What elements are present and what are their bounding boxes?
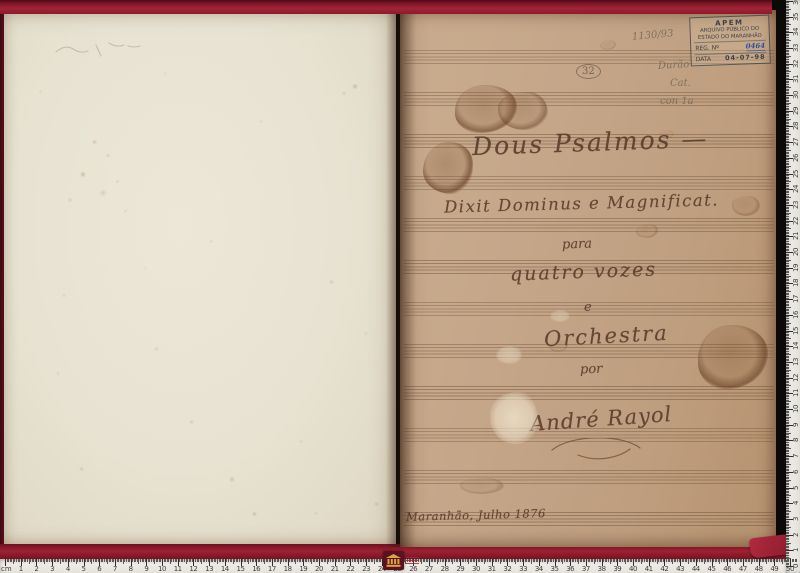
ruler-number: 35 bbox=[792, 12, 800, 22]
ruler-number: 30 bbox=[472, 565, 480, 573]
ruler-tick bbox=[786, 128, 789, 129]
ruler-tick bbox=[786, 395, 789, 396]
ruler-tick bbox=[786, 500, 789, 501]
left-page bbox=[4, 12, 396, 544]
ruler-number: 18 bbox=[284, 565, 292, 573]
ruler-tick bbox=[786, 415, 789, 416]
ruler-number: 10 bbox=[158, 565, 166, 573]
ruler-number: 25 bbox=[792, 169, 800, 179]
ruler-tick bbox=[786, 552, 789, 553]
ruler-number: 8 bbox=[792, 435, 800, 445]
ruler-tick bbox=[786, 318, 789, 319]
ruler-tick bbox=[786, 39, 789, 40]
ruler-number: 6 bbox=[792, 467, 800, 477]
ruler-tick bbox=[786, 246, 789, 247]
ruler-tick bbox=[786, 207, 789, 208]
ruler-tick bbox=[786, 51, 789, 52]
ruler-tick bbox=[786, 152, 789, 153]
ruler-tick bbox=[786, 247, 789, 248]
ruler-tick bbox=[786, 417, 791, 418]
ruler-tick bbox=[786, 332, 789, 333]
ruler-tick bbox=[786, 67, 789, 68]
ruler-tick bbox=[786, 444, 789, 445]
ruler-tick bbox=[786, 177, 789, 178]
ruler-tick bbox=[786, 57, 789, 58]
ruler-tick bbox=[786, 97, 789, 98]
ruler-tick bbox=[786, 191, 789, 192]
ruler-tick bbox=[786, 381, 789, 382]
ruler-tick bbox=[786, 448, 791, 449]
ruler-tick bbox=[786, 211, 789, 212]
ruler-tick bbox=[786, 164, 789, 165]
ruler-tick bbox=[786, 28, 789, 29]
ruler-tick bbox=[786, 557, 789, 558]
ruler-tick bbox=[786, 120, 789, 121]
ruler-number: 22 bbox=[346, 565, 354, 573]
ruler-tick bbox=[786, 180, 789, 181]
title-line-e: e bbox=[584, 300, 592, 315]
ruler-tick bbox=[786, 473, 789, 474]
foxing-spot bbox=[56, 372, 60, 375]
ruler-number: 27 bbox=[425, 565, 433, 573]
right-page: Dous Psalmos — Dixit Dominus e Magnifica… bbox=[400, 10, 776, 547]
ruler-tick bbox=[786, 101, 789, 102]
ruler-tick bbox=[786, 326, 789, 327]
foxing-spot bbox=[189, 420, 194, 424]
ruler-tick bbox=[786, 228, 791, 229]
ruler-number: 34 bbox=[535, 565, 543, 573]
ruler-number: 36 bbox=[566, 565, 574, 573]
ruler-tick bbox=[786, 250, 789, 251]
ruler-number: 29 bbox=[792, 106, 800, 116]
ruler-number: 46 bbox=[723, 565, 731, 573]
ruler-tick bbox=[786, 232, 789, 233]
ruler-tick bbox=[786, 114, 789, 115]
foxing-spot bbox=[374, 502, 379, 506]
ruler-tick bbox=[786, 40, 791, 41]
ruler-tick bbox=[786, 54, 789, 55]
ruler-tick bbox=[786, 334, 789, 335]
ruler-tick bbox=[786, 87, 791, 88]
foxing-spot bbox=[99, 190, 107, 196]
ruler-number: 20 bbox=[792, 247, 800, 257]
ruler-tick bbox=[786, 467, 789, 468]
ruler-number: 9 bbox=[792, 420, 800, 430]
ruler-tick bbox=[786, 335, 789, 336]
ruler-tick bbox=[786, 21, 789, 22]
ruler-tick bbox=[786, 298, 789, 299]
ruler-tick bbox=[786, 34, 789, 35]
ruler-tick bbox=[786, 261, 789, 262]
foxing-spot bbox=[252, 512, 257, 516]
ruler-tick bbox=[786, 147, 789, 148]
ruler-number: 33 bbox=[519, 565, 527, 573]
ruler-tick bbox=[786, 305, 789, 306]
ruler-tick bbox=[786, 150, 791, 151]
ruler-tick bbox=[786, 390, 789, 391]
ruler-tick bbox=[786, 37, 789, 38]
ruler-tick bbox=[786, 418, 789, 419]
ruler-tick bbox=[786, 156, 789, 157]
ruler-tick bbox=[786, 521, 789, 522]
ruler-tick bbox=[786, 199, 789, 200]
ruler-number: 45 bbox=[708, 565, 716, 573]
foxing-spot bbox=[80, 172, 86, 177]
foxing-spot bbox=[39, 90, 42, 93]
title-line-voices: quatro vozes bbox=[510, 258, 658, 285]
ruler-number: 5 bbox=[792, 483, 800, 493]
ruler-tick bbox=[786, 491, 789, 492]
ruler-tick bbox=[786, 208, 789, 209]
ruler-tick bbox=[786, 385, 791, 386]
ruler-number: 19 bbox=[792, 263, 800, 273]
ruler-tick bbox=[786, 497, 789, 498]
ruler-tick bbox=[786, 478, 789, 479]
ruler-tick bbox=[786, 145, 789, 146]
ruler-tick bbox=[786, 4, 789, 5]
ruler-tick bbox=[786, 31, 789, 32]
ruler-number: 14 bbox=[221, 565, 229, 573]
ruler-number: 34 bbox=[792, 27, 800, 37]
title-line-para: para bbox=[562, 236, 593, 252]
ruler-tick bbox=[786, 327, 789, 328]
ruler-tick bbox=[786, 353, 789, 354]
ruler-tick bbox=[786, 514, 789, 515]
pencil-side-note: con 1a bbox=[660, 96, 694, 107]
ruler-tick bbox=[786, 134, 791, 135]
foxing-spot bbox=[229, 477, 235, 482]
ruler-tick bbox=[786, 272, 789, 273]
ruler-tick bbox=[786, 403, 789, 404]
ruler-tick bbox=[786, 291, 791, 292]
ruler-tick bbox=[786, 294, 789, 295]
foxing-spot bbox=[116, 180, 119, 183]
ruler-tick bbox=[786, 475, 789, 476]
ruler-number: 12 bbox=[189, 565, 197, 573]
ruler-tick bbox=[786, 277, 789, 278]
ruler-tick bbox=[786, 356, 789, 357]
ruler-number: 10 bbox=[792, 404, 800, 414]
page-gutter-shadow bbox=[386, 10, 416, 547]
ruler-tick bbox=[786, 243, 789, 244]
ruler-tick bbox=[786, 532, 789, 533]
ruler-tick bbox=[786, 181, 791, 182]
ruler-tick bbox=[786, 345, 789, 346]
ruler-tick bbox=[786, 447, 789, 448]
ruler-number: 3 bbox=[792, 514, 800, 524]
ruler-tick bbox=[786, 98, 789, 99]
foxing-spot bbox=[79, 467, 84, 471]
pencil-side-note: Durão bbox=[658, 59, 690, 72]
ruler-number: 23 bbox=[792, 200, 800, 210]
pencil-circled-number: 32 bbox=[576, 64, 601, 79]
ruler-tick bbox=[786, 238, 789, 239]
ruler-tick bbox=[786, 26, 789, 27]
ruler-tick bbox=[786, 155, 789, 156]
foxing-spot bbox=[92, 140, 97, 144]
ruler-number: 17 bbox=[792, 294, 800, 304]
ruler-number: 2 bbox=[34, 565, 38, 573]
ruler-number: 2 bbox=[792, 530, 800, 540]
stamp-date-row: DATA 04-07-98 bbox=[694, 52, 766, 65]
foxing-spot bbox=[164, 72, 167, 75]
ruler-tick bbox=[786, 196, 789, 197]
ruler-tick bbox=[786, 213, 791, 214]
ruler-number: 31 bbox=[488, 565, 496, 573]
ruler-number: 21 bbox=[792, 231, 800, 241]
ruler-tick bbox=[786, 342, 789, 343]
ruler-tick bbox=[786, 73, 789, 74]
ruler-number: 43 bbox=[676, 565, 684, 573]
ruler-number: 18 bbox=[792, 278, 800, 288]
ruler-tick bbox=[786, 233, 789, 234]
pencil-side-note: Cat. bbox=[670, 78, 691, 89]
ruler-tick bbox=[786, 407, 789, 408]
ruler-number: 50 bbox=[786, 565, 794, 573]
ruler-tick bbox=[786, 133, 789, 134]
ruler-tick bbox=[786, 172, 789, 173]
foxing-spot bbox=[259, 120, 263, 123]
ruler-tick bbox=[786, 406, 789, 407]
ruler-tick bbox=[786, 439, 789, 440]
ruler-number: 14 bbox=[792, 341, 800, 351]
ruler-tick bbox=[786, 255, 789, 256]
ruler-number: 11 bbox=[792, 388, 800, 398]
ruler-tick bbox=[786, 373, 789, 374]
building-icon bbox=[386, 554, 401, 567]
ruler-tick bbox=[786, 360, 789, 361]
ruler-tick bbox=[786, 549, 789, 550]
ruler-tick bbox=[786, 141, 789, 142]
ruler-tick bbox=[786, 541, 789, 542]
ink-stain bbox=[732, 196, 760, 216]
ruler-tick bbox=[786, 13, 789, 14]
ruler-tick bbox=[786, 276, 791, 277]
ruler-tick bbox=[786, 53, 789, 54]
ruler-tick bbox=[786, 175, 789, 176]
ruler-tick bbox=[786, 420, 789, 421]
ruler-number: 22 bbox=[792, 216, 800, 226]
foxing-spot bbox=[68, 198, 72, 202]
ruler-tick bbox=[786, 389, 789, 390]
ruler-number: 5 bbox=[82, 565, 86, 573]
ruler-tick bbox=[786, 89, 789, 90]
ruler-tick bbox=[786, 544, 789, 545]
ruler-tick bbox=[786, 302, 789, 303]
ruler-tick bbox=[786, 553, 789, 554]
ruler-tick bbox=[786, 161, 789, 162]
ruler-tick bbox=[786, 404, 789, 405]
ruler-tick bbox=[786, 293, 789, 294]
ruler-number: 1 bbox=[792, 545, 800, 555]
ruler-number: 16 bbox=[252, 565, 260, 573]
ruler-tick bbox=[786, 546, 789, 547]
ruler-tick bbox=[786, 462, 789, 463]
ruler-tick bbox=[786, 392, 789, 393]
ruler-tick bbox=[786, 533, 789, 534]
ruler-tick bbox=[786, 486, 789, 487]
ruler-tick bbox=[786, 337, 789, 338]
ruler-tick bbox=[786, 183, 789, 184]
ruler-tick bbox=[786, 203, 789, 204]
ruler-tick bbox=[786, 398, 789, 399]
ruler-number: 49 bbox=[770, 565, 778, 573]
ruler-tick bbox=[786, 218, 789, 219]
ruler-number: 8 bbox=[129, 565, 133, 573]
ruler-number: 27 bbox=[792, 137, 800, 147]
ruler-tick bbox=[786, 166, 791, 167]
faint-pencil-mark bbox=[52, 36, 144, 64]
ruler-tick bbox=[786, 401, 791, 402]
ruler-number: 44 bbox=[692, 565, 700, 573]
ruler-tick bbox=[786, 494, 789, 495]
title-line-por: por bbox=[580, 362, 603, 378]
ruler-tick bbox=[796, 559, 797, 562]
ruler-tick bbox=[786, 269, 789, 270]
ruler-tick bbox=[786, 483, 789, 484]
ruler-tick bbox=[786, 61, 789, 62]
ruler-tick bbox=[786, 186, 789, 187]
ruler-tick bbox=[786, 433, 791, 434]
foxing-spot bbox=[124, 210, 127, 212]
ruler-tick bbox=[786, 148, 789, 149]
institution-logo-icon bbox=[383, 551, 404, 570]
ruler-number: 36 bbox=[792, 0, 800, 6]
ruler-tick bbox=[786, 202, 789, 203]
ruler-tick bbox=[786, 508, 789, 509]
ruler-tick bbox=[786, 123, 789, 124]
ruler-tick bbox=[786, 169, 789, 170]
ruler-tick bbox=[786, 280, 789, 281]
ruler-tick bbox=[786, 348, 789, 349]
ruler-tick bbox=[786, 18, 789, 19]
foxing-spot bbox=[154, 347, 159, 351]
ruler-number: 37 bbox=[582, 565, 590, 573]
pencil-catalog-number: 1130/93 bbox=[632, 28, 674, 43]
ruler-tick bbox=[786, 543, 791, 544]
ruler-tick bbox=[786, 354, 791, 355]
ruler-tick bbox=[786, 137, 789, 138]
stamp-date-label: DATA bbox=[695, 55, 711, 65]
ruler-tick bbox=[786, 230, 789, 231]
scale-logo bbox=[383, 551, 419, 570]
ruler-tick bbox=[786, 15, 789, 16]
ruler-tick bbox=[786, 431, 789, 432]
ruler-tick bbox=[786, 481, 789, 482]
ruler-number: 28 bbox=[792, 121, 800, 131]
ruler-tick bbox=[786, 309, 789, 310]
ruler-tick bbox=[786, 338, 791, 339]
ruler-tick bbox=[786, 451, 789, 452]
ruler-tick bbox=[786, 442, 789, 443]
ruler-tick bbox=[786, 125, 789, 126]
stamp-reg-label: REG. Nº bbox=[695, 43, 719, 53]
ruler-tick bbox=[786, 104, 789, 105]
ruler-tick bbox=[786, 371, 789, 372]
ruler-tick bbox=[786, 35, 789, 36]
ruler-tick bbox=[786, 167, 789, 168]
ruler-number: 47 bbox=[739, 565, 747, 573]
ruler-tick bbox=[786, 316, 789, 317]
ruler-number: 30 bbox=[792, 90, 800, 100]
ruler-tick bbox=[786, 290, 789, 291]
ruler-tick bbox=[786, 86, 789, 87]
foxing-spot bbox=[329, 280, 334, 284]
ruler-unit-label: cm bbox=[1, 565, 12, 573]
ruler-tick bbox=[786, 320, 789, 321]
ruler-tick bbox=[786, 365, 789, 366]
ruler-tick bbox=[786, 375, 789, 376]
ruler-number: 1 bbox=[19, 565, 23, 573]
ruler-tick bbox=[786, 43, 789, 44]
ruler-tick bbox=[786, 296, 789, 297]
ruler-number: 4 bbox=[66, 565, 70, 573]
ruler-tick bbox=[786, 434, 789, 435]
title-line-main: Dous Psalmos — bbox=[472, 124, 709, 161]
ruler-number: 21 bbox=[331, 565, 339, 573]
ruler-tick bbox=[786, 367, 789, 368]
ruler-number: 32 bbox=[792, 59, 800, 69]
staff-lines bbox=[404, 386, 774, 400]
staff-lines bbox=[404, 176, 774, 190]
ruler-tick bbox=[786, 29, 789, 30]
vertical-ruler: 0123456789101112131415161718192021222324… bbox=[786, 0, 800, 573]
ruler-number: 9 bbox=[144, 565, 148, 573]
ruler-number: 17 bbox=[268, 565, 276, 573]
ruler-tick bbox=[786, 42, 789, 43]
ruler-tick bbox=[786, 68, 789, 69]
ruler-tick bbox=[786, 539, 789, 540]
ruler-tick bbox=[786, 194, 789, 195]
ruler-tick bbox=[786, 139, 789, 140]
ruler-tick bbox=[786, 313, 789, 314]
ruler-tick bbox=[786, 477, 789, 478]
foxing-spot bbox=[314, 512, 318, 515]
stamp-reg-value: 0464 bbox=[746, 41, 766, 52]
ruler-tick bbox=[786, 76, 789, 77]
signature-flourish bbox=[550, 438, 642, 462]
ruler-number: 4 bbox=[792, 498, 800, 508]
ruler-tick bbox=[786, 59, 789, 60]
foxing-spot bbox=[144, 267, 147, 270]
ruler-tick bbox=[786, 459, 789, 460]
ruler-tick bbox=[786, 84, 789, 85]
ruler-tick bbox=[786, 131, 789, 132]
ruler-tick bbox=[786, 528, 789, 529]
foxing-spot bbox=[209, 240, 213, 243]
ruler-tick bbox=[786, 530, 789, 531]
ruler-tick bbox=[786, 370, 791, 371]
ruler-tick bbox=[786, 20, 789, 21]
ruler-number: 20 bbox=[315, 565, 323, 573]
ruler-tick bbox=[786, 244, 791, 245]
ruler-tick bbox=[786, 271, 789, 272]
ruler-tick bbox=[786, 492, 789, 493]
ruler-tick bbox=[786, 464, 791, 465]
foxing-spot bbox=[352, 84, 358, 89]
ruler-tick bbox=[786, 90, 789, 91]
ruler-tick bbox=[786, 200, 789, 201]
ruler-tick bbox=[786, 400, 789, 401]
ruler-tick bbox=[786, 379, 789, 380]
ruler-tick bbox=[786, 343, 789, 344]
ruler-number: 23 bbox=[362, 565, 370, 573]
ruler-tick bbox=[786, 382, 789, 383]
ruler-tick bbox=[786, 499, 789, 500]
ruler-tick bbox=[786, 364, 789, 365]
ruler-tick bbox=[786, 82, 789, 83]
ruler-number: 26 bbox=[792, 153, 800, 163]
